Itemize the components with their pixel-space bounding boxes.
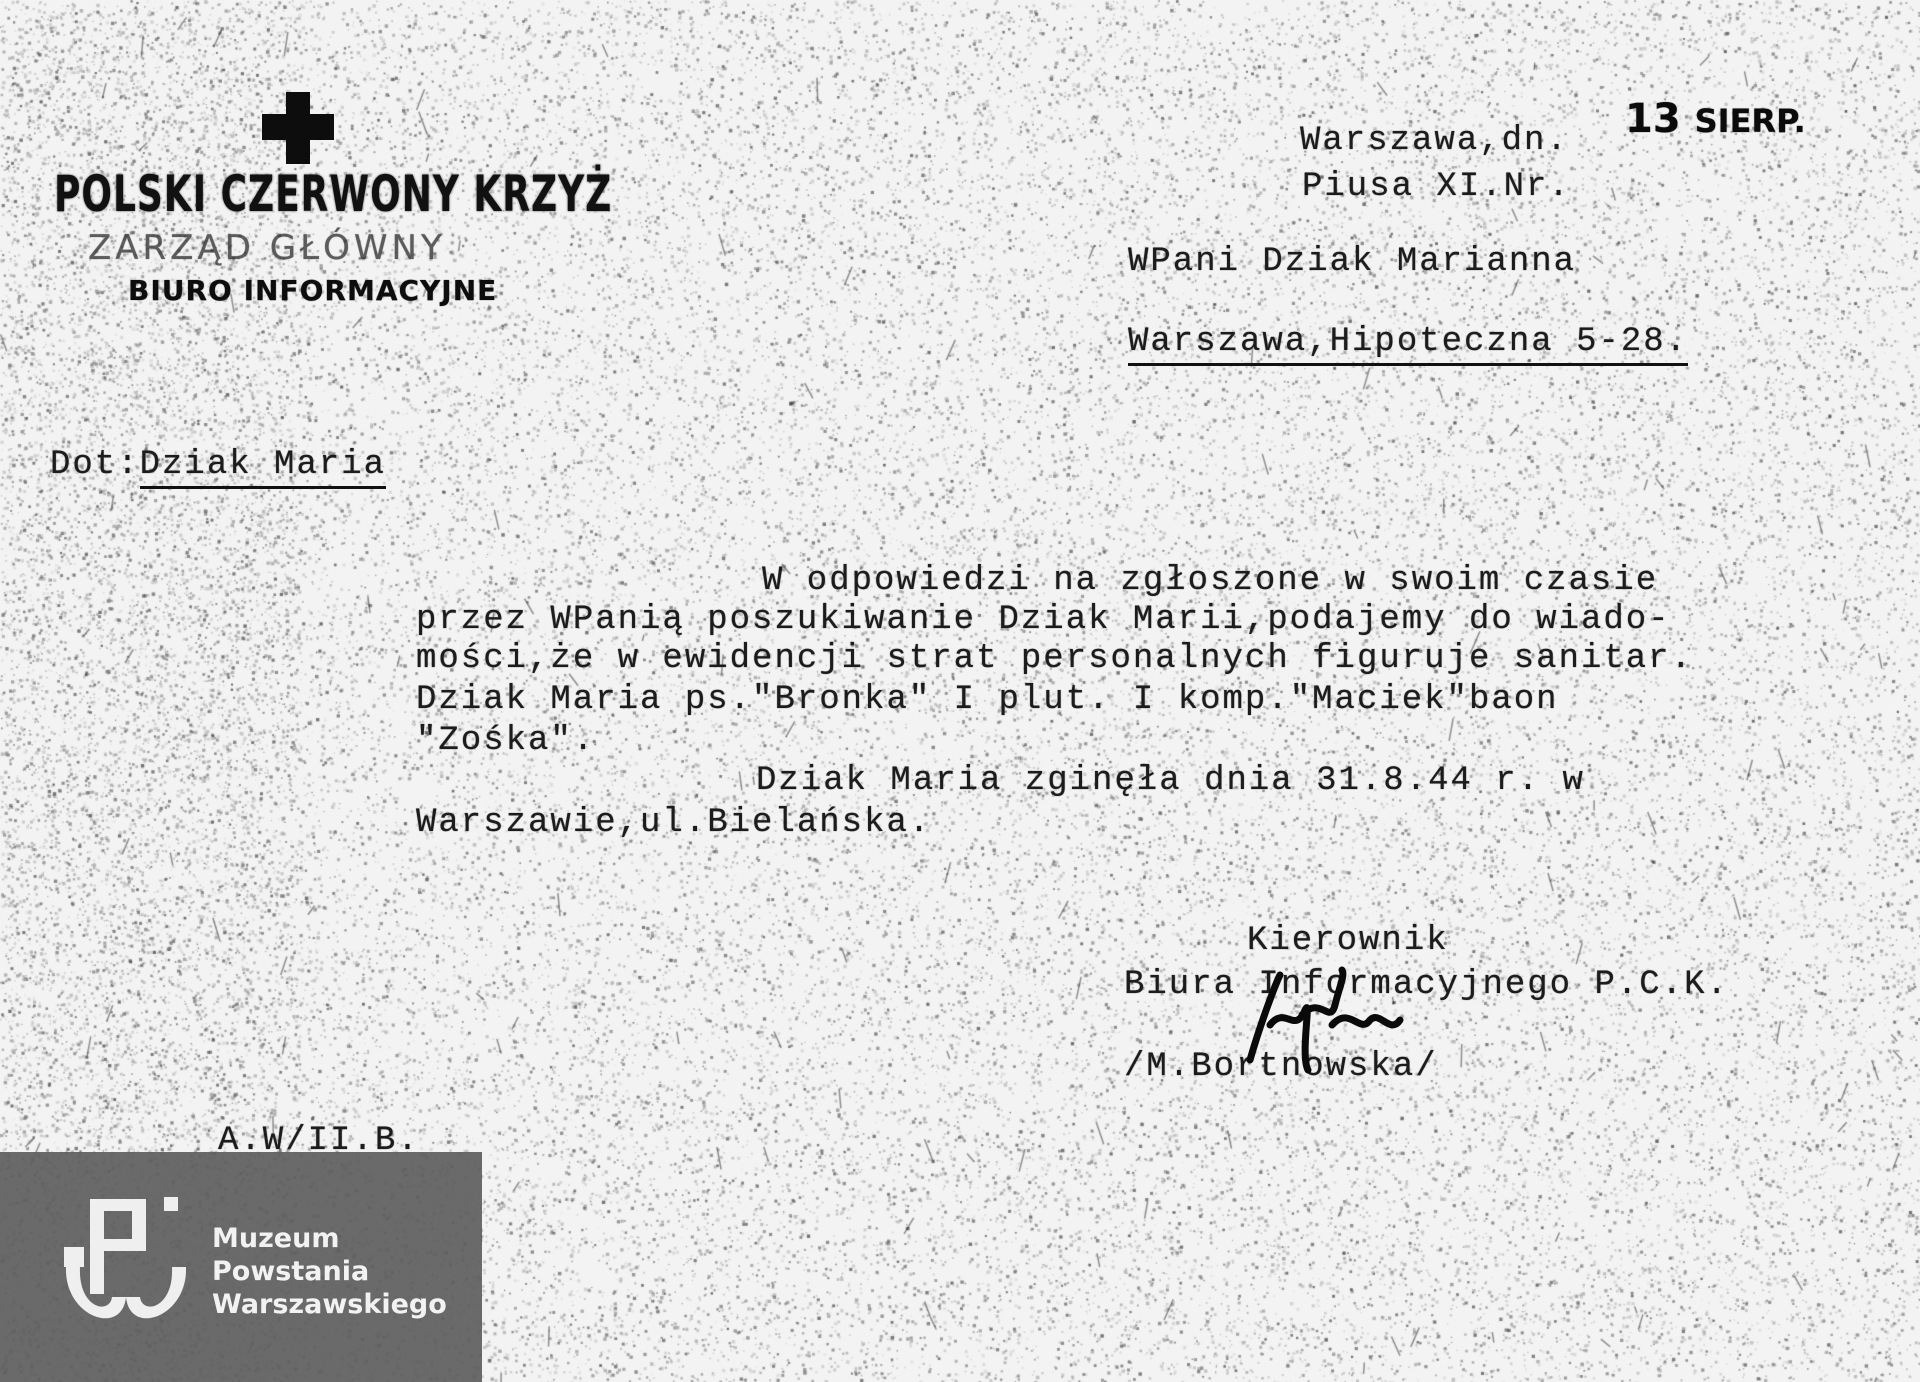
body-line-7: Warszawie,ul.Bielańska. xyxy=(416,804,931,842)
recipient-address: Warszawa,Hipoteczna 5-28. xyxy=(1128,323,1688,366)
kotwica-anchor-icon xyxy=(62,1197,192,1332)
recipient-name: WPani Dziak Marianna xyxy=(1128,243,1576,281)
body-line-5: "Zośka". xyxy=(416,722,595,760)
signature-office: Biura Informacyjnego P.C.K. xyxy=(1124,966,1729,1004)
place-date: Warszawa,dn. xyxy=(1300,122,1569,160)
body-line-4: Dziak Maria ps."Bronka" I plut. I komp."… xyxy=(416,681,1559,719)
body-line-6: Dziak Maria zginęła dnia 31.8.44 r. w xyxy=(756,762,1585,800)
letterhead-department: BIURO INFORMACYJNE xyxy=(128,274,497,307)
body-line-1: W odpowiedzi na zgłoszone w swoim czasie xyxy=(762,562,1658,600)
red-cross-icon xyxy=(262,92,334,164)
subject-label: Dot: xyxy=(50,446,140,484)
handwritten-signature xyxy=(1240,965,1410,1075)
body-line-2: przez WPanią poszukiwanie Dziak Marii,po… xyxy=(416,601,1671,639)
museum-name-line-3: Warszawskiego xyxy=(212,1288,447,1321)
subject-line: Dot:Dziak Maria xyxy=(50,446,386,484)
museum-name-line-1: Muzeum xyxy=(212,1222,447,1255)
sender-address: Piusa XI.Nr. xyxy=(1302,168,1571,206)
museum-watermark: Muzeum Powstania Warszawskiego xyxy=(0,1152,482,1382)
date-stamp: 13 SIERP. xyxy=(1625,96,1806,142)
subject-value: Dziak Maria xyxy=(140,446,386,489)
museum-name: Muzeum Powstania Warszawskiego xyxy=(212,1222,447,1321)
date-stamp-day: 13 xyxy=(1625,96,1681,142)
signature-title: Kierownik xyxy=(1247,922,1449,960)
letterhead-board: ZARZĄD GŁÓWNY xyxy=(88,228,446,268)
museum-name-line-2: Powstania xyxy=(212,1255,447,1288)
body-line-3: mości,że w ewidencji strat personalnych … xyxy=(416,640,1693,678)
letterhead-organization: POLSKI CZERWONY KRZYŻ xyxy=(54,166,612,224)
date-stamp-month: SIERP. xyxy=(1695,102,1806,140)
